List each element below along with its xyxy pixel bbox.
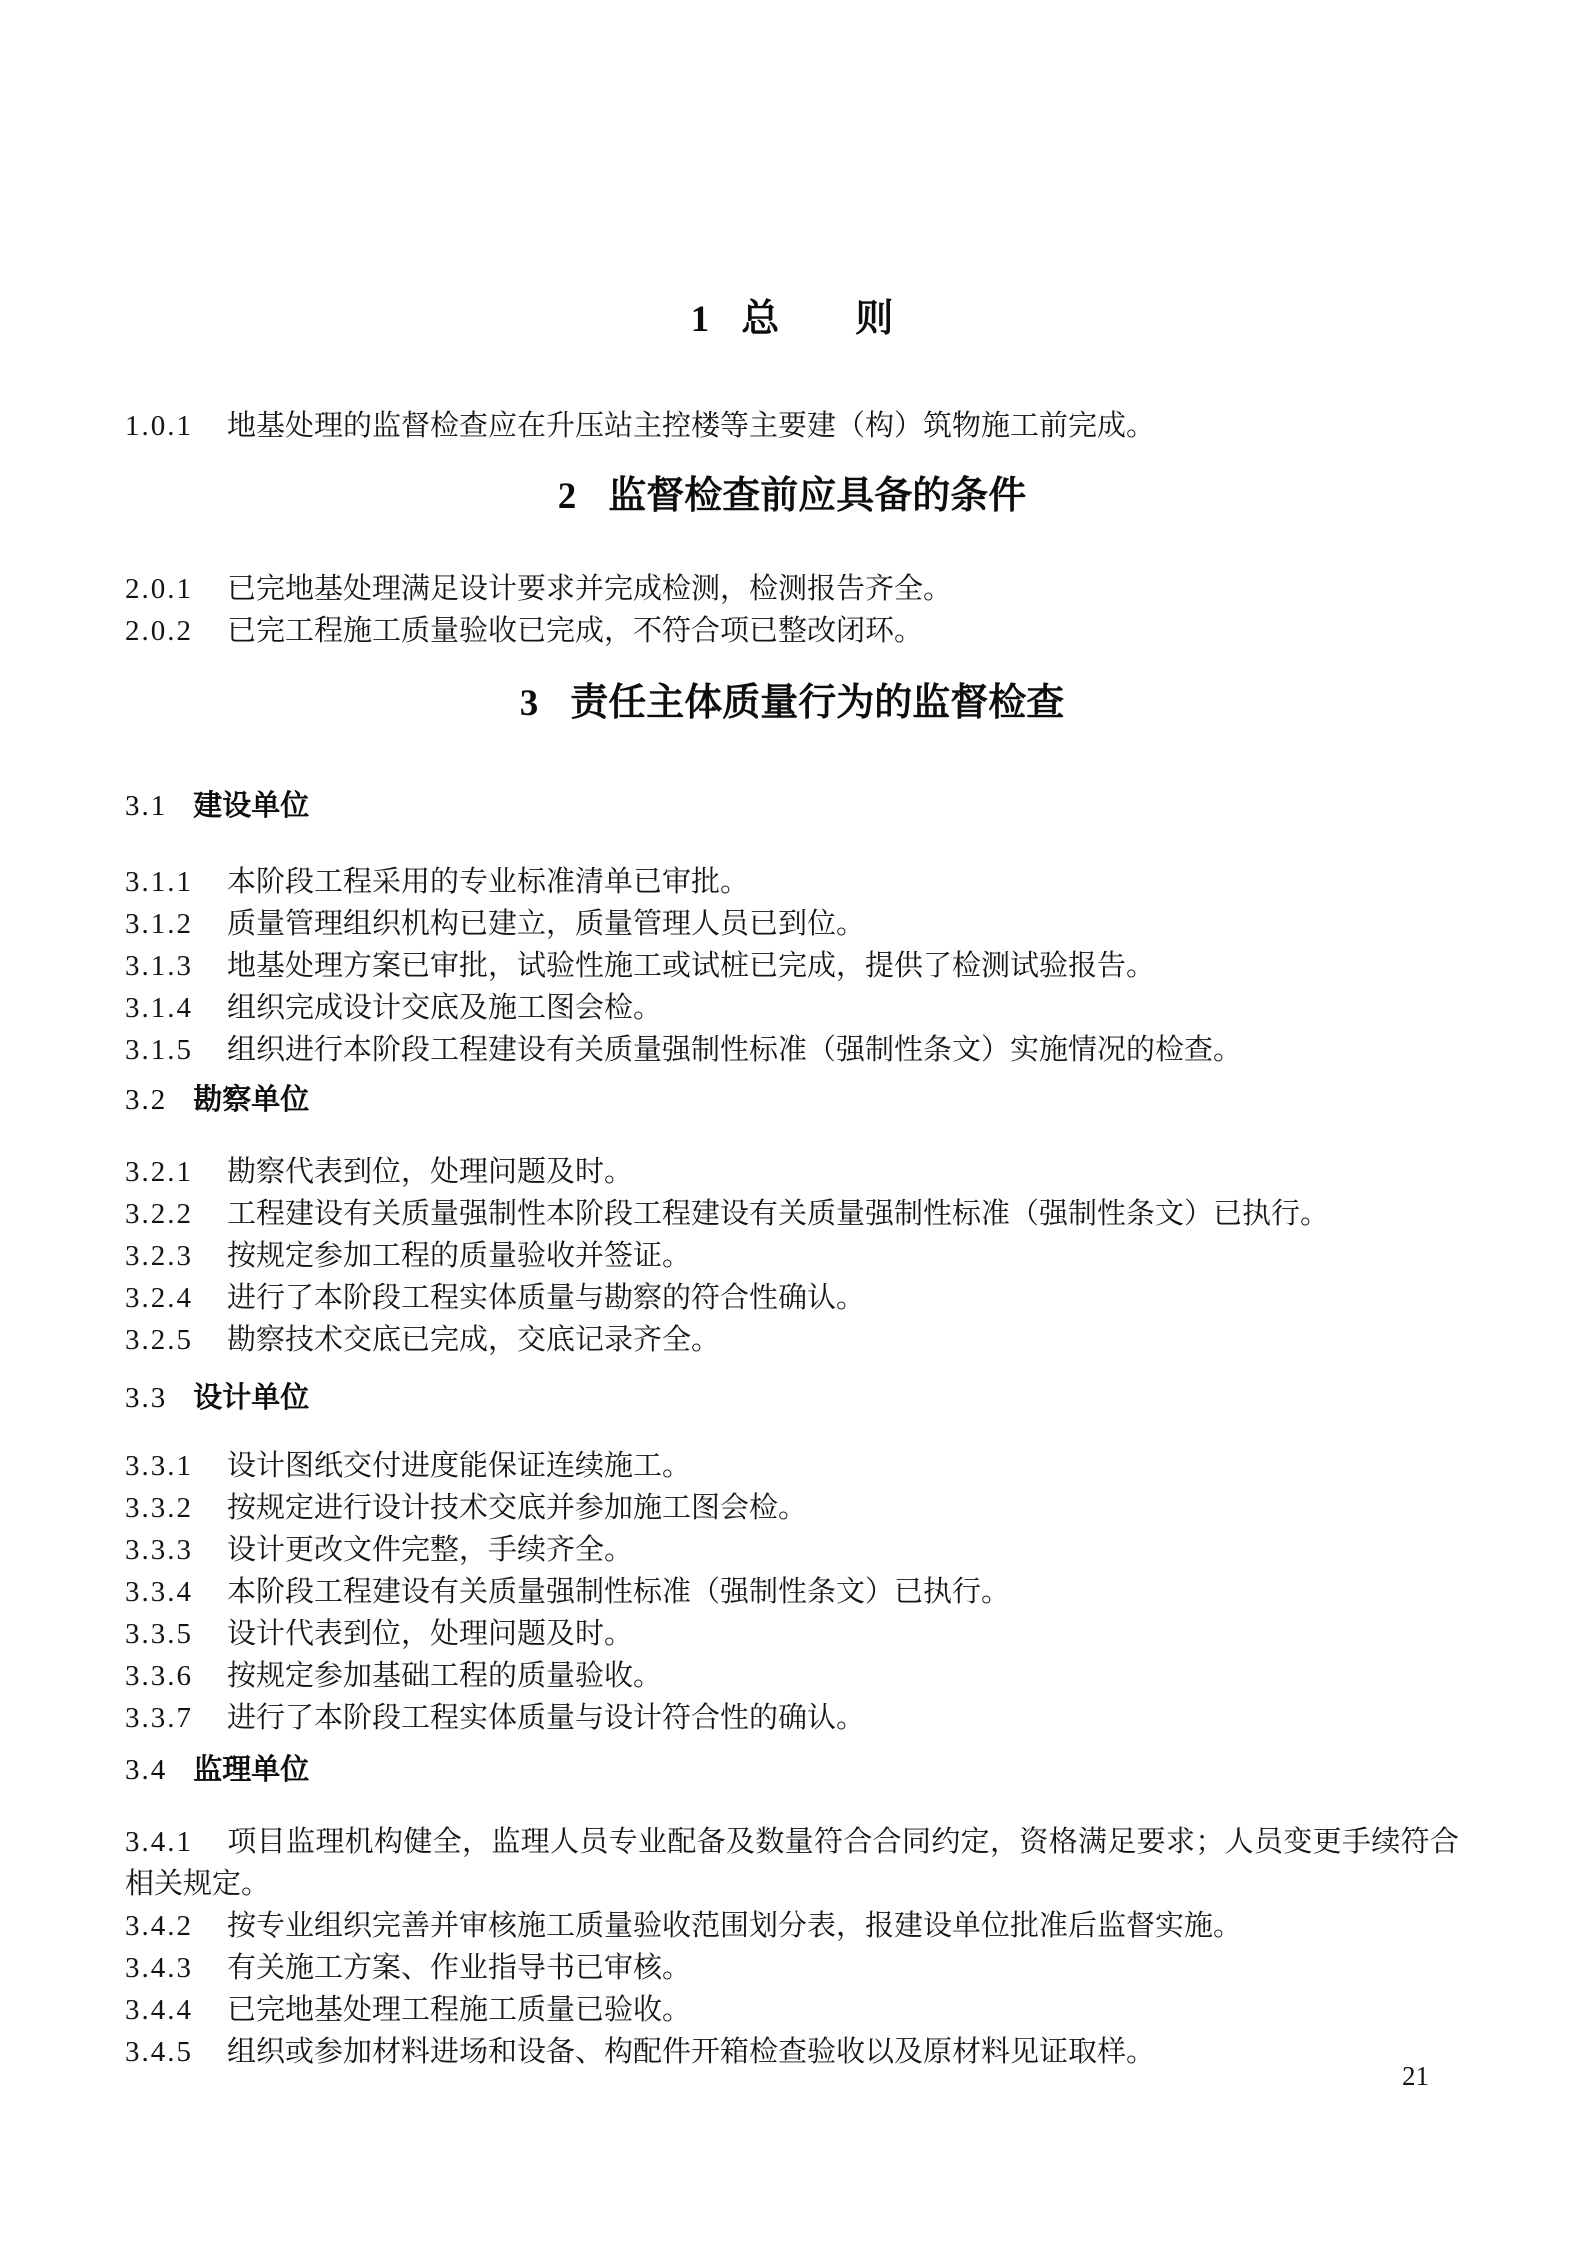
clause-row: 3.3.1设计图纸交付进度能保证连续施工。 [125, 1445, 1459, 1487]
clause-row: 3.2.3按规定参加工程的质量验收并签证。 [125, 1235, 1459, 1277]
section-3-2-heading: 3.2勘察单位 [125, 1085, 1459, 1115]
clause-text: 进行了本阶段工程实体质量与勘察的符合性确认。 [227, 1282, 865, 1314]
clause-number: 3.2.2 [125, 1198, 193, 1230]
clause-number: 3.3.1 [125, 1450, 193, 1482]
clause-row: 3.3.3设计更改文件完整，手续齐全。 [125, 1529, 1459, 1571]
clause-text: 按规定进行设计技术交底并参加施工图会检。 [227, 1492, 807, 1524]
section-3-3-clauses: 3.3.1设计图纸交付进度能保证连续施工。 3.3.2按规定进行设计技术交底并参… [125, 1445, 1459, 1739]
section-title: 监理单位 [193, 1754, 309, 1786]
clause-text: 项目监理机构健全，监理人员专业配备及数量符合合同约定，资格满足要求；人员变更手续… [125, 1826, 1459, 1900]
section-3-3-heading: 3.3设计单位 [125, 1383, 1459, 1413]
clause-number: 3.3.5 [125, 1618, 193, 1650]
document-page: 1总 则 1.0.1地基处理的监督检查应在升压站主控楼等主要建（构）筑物施工前完… [0, 0, 1587, 2245]
clause-text: 按规定参加工程的质量验收并签证。 [227, 1240, 691, 1272]
clause-text: 勘察技术交底已完成，交底记录齐全。 [227, 1324, 720, 1356]
clause-number: 2.0.2 [125, 615, 193, 647]
clause-number: 2.0.1 [125, 573, 193, 605]
clause-row: 2.0.2已完工程施工质量验收已完成，不符合项已整改闭环。 [125, 610, 1459, 652]
chapter-1-heading: 1总 则 [125, 296, 1459, 343]
chapter-1-number: 1 [691, 299, 710, 340]
clause-text: 有关施工方案、作业指导书已审核。 [227, 1952, 691, 1984]
clause-number: 3.2.4 [125, 1282, 193, 1314]
clause-row: 3.3.2按规定进行设计技术交底并参加施工图会检。 [125, 1487, 1459, 1529]
clause-row: 3.1.2质量管理组织机构已建立，质量管理人员已到位。 [125, 903, 1459, 945]
clause-text: 设计代表到位，处理问题及时。 [227, 1618, 633, 1650]
clause-number: 3.1.4 [125, 992, 193, 1024]
clause-text: 按规定参加基础工程的质量验收。 [227, 1660, 662, 1692]
clause-text: 组织进行本阶段工程建设有关质量强制性标准（强制性条文）实施情况的检查。 [227, 1034, 1242, 1066]
section-number: 3.2 [125, 1084, 167, 1116]
clause-text: 已完地基处理满足设计要求并完成检测，检测报告齐全。 [227, 573, 952, 605]
clause-number: 3.1.5 [125, 1034, 193, 1066]
clause-row: 3.4.2按专业组织完善并审核施工质量验收范围划分表，报建设单位批准后监督实施。 [125, 1905, 1459, 1947]
clause-row: 3.3.6按规定参加基础工程的质量验收。 [125, 1655, 1459, 1697]
chapter-3-number: 3 [520, 683, 539, 724]
chapter-2-title: 监督检查前应具备的条件 [608, 475, 1026, 517]
section-number: 3.3 [125, 1382, 167, 1414]
clause-text: 勘察代表到位，处理问题及时。 [227, 1156, 633, 1188]
clause-text: 组织或参加材料进场和设备、构配件开箱检查验收以及原材料见证取样。 [227, 2036, 1155, 2068]
clause-number: 3.4.5 [125, 2036, 193, 2068]
clause-text: 已完地基处理工程施工质量已验收。 [227, 1994, 691, 2026]
clause-text: 本阶段工程建设有关质量强制性标准（强制性条文）已执行。 [227, 1576, 1010, 1608]
clause-number: 3.4.4 [125, 1994, 193, 2026]
chapter-3-heading: 3责任主体质量行为的监督检查 [125, 680, 1459, 727]
clause-number: 3.1.1 [125, 866, 193, 898]
clause-text: 设计图纸交付进度能保证连续施工。 [227, 1450, 691, 1482]
clause-row: 3.2.5勘察技术交底已完成，交底记录齐全。 [125, 1319, 1459, 1361]
clause-number: 3.2.1 [125, 1156, 193, 1188]
clause-text: 本阶段工程采用的专业标准清单已审批。 [227, 866, 749, 898]
clause-number: 3.3.2 [125, 1492, 193, 1524]
clause-text: 质量管理组织机构已建立，质量管理人员已到位。 [227, 908, 865, 940]
clause-row: 3.4.1项目监理机构健全，监理人员专业配备及数量符合合同约定，资格满足要求；人… [125, 1821, 1459, 1905]
section-title: 勘察单位 [193, 1084, 309, 1116]
clause-row: 3.1.4组织完成设计交底及施工图会检。 [125, 987, 1459, 1029]
page-number: 21 [1402, 2060, 1429, 2092]
section-3-1-heading: 3.1建设单位 [125, 791, 1459, 821]
clause-text: 地基处理的监督检查应在升压站主控楼等主要建（构）筑物施工前完成。 [227, 410, 1155, 442]
clause-text: 工程建设有关质量强制性本阶段工程建设有关质量强制性标准（强制性条文）已执行。 [227, 1198, 1329, 1230]
clause-row: 3.4.4已完地基处理工程施工质量已验收。 [125, 1989, 1459, 2031]
clause-row: 3.2.1勘察代表到位，处理问题及时。 [125, 1151, 1459, 1193]
clause-row: 3.1.1本阶段工程采用的专业标准清单已审批。 [125, 861, 1459, 903]
section-3-4-clauses: 3.4.1项目监理机构健全，监理人员专业配备及数量符合合同约定，资格满足要求；人… [125, 1821, 1459, 2073]
clause-number: 3.3.7 [125, 1702, 193, 1734]
clause-row: 3.2.2工程建设有关质量强制性本阶段工程建设有关质量强制性标准（强制性条文）已… [125, 1193, 1459, 1235]
clause-row: 3.1.5组织进行本阶段工程建设有关质量强制性标准（强制性条文）实施情况的检查。 [125, 1029, 1459, 1071]
clause-text: 地基处理方案已审批，试验性施工或试桩已完成，提供了检测试验报告。 [227, 950, 1155, 982]
clause-text: 组织完成设计交底及施工图会检。 [227, 992, 662, 1024]
clause-row: 3.4.5组织或参加材料进场和设备、构配件开箱检查验收以及原材料见证取样。 [125, 2031, 1459, 2073]
chapter-2-heading: 2监督检查前应具备的条件 [125, 473, 1459, 520]
clause-number: 3.2.3 [125, 1240, 193, 1272]
clause-number: 3.3.3 [125, 1534, 193, 1566]
clause-text: 进行了本阶段工程实体质量与设计符合性的确认。 [227, 1702, 865, 1734]
clause-number: 3.1.2 [125, 908, 193, 940]
section-number: 3.1 [125, 790, 167, 822]
clause-row: 3.1.3地基处理方案已审批，试验性施工或试桩已完成，提供了检测试验报告。 [125, 945, 1459, 987]
clause-row: 3.3.7进行了本阶段工程实体质量与设计符合性的确认。 [125, 1697, 1459, 1739]
clause-row: 3.2.4进行了本阶段工程实体质量与勘察的符合性确认。 [125, 1277, 1459, 1319]
clause-row: 3.3.5设计代表到位，处理问题及时。 [125, 1613, 1459, 1655]
clause-number: 3.2.5 [125, 1324, 193, 1356]
clause-row: 1.0.1地基处理的监督检查应在升压站主控楼等主要建（构）筑物施工前完成。 [125, 405, 1459, 447]
section-3-4-heading: 3.4监理单位 [125, 1755, 1459, 1785]
clause-row: 2.0.1已完地基处理满足设计要求并完成检测，检测报告齐全。 [125, 568, 1459, 610]
clause-text: 设计更改文件完整，手续齐全。 [227, 1534, 633, 1566]
clause-number: 3.4.1 [125, 1826, 193, 1858]
chapter-2-clauses: 2.0.1已完地基处理满足设计要求并完成检测，检测报告齐全。 2.0.2已完工程… [125, 568, 1459, 652]
chapter-3-title: 责任主体质量行为的监督检查 [570, 682, 1064, 724]
chapter-1-title: 总 则 [741, 298, 893, 340]
clause-number: 3.3.4 [125, 1576, 193, 1608]
section-number: 3.4 [125, 1754, 167, 1786]
clause-number: 3.1.3 [125, 950, 193, 982]
clause-row: 3.3.4本阶段工程建设有关质量强制性标准（强制性条文）已执行。 [125, 1571, 1459, 1613]
clause-number: 3.4.3 [125, 1952, 193, 1984]
clause-number: 3.4.2 [125, 1910, 193, 1942]
clause-text: 按专业组织完善并审核施工质量验收范围划分表，报建设单位批准后监督实施。 [227, 1910, 1242, 1942]
section-title: 建设单位 [193, 790, 309, 822]
section-3-1-clauses: 3.1.1本阶段工程采用的专业标准清单已审批。 3.1.2质量管理组织机构已建立… [125, 861, 1459, 1071]
clause-number: 3.3.6 [125, 1660, 193, 1692]
chapter-2-number: 2 [558, 476, 577, 517]
clause-number: 1.0.1 [125, 410, 193, 442]
section-3-2-clauses: 3.2.1勘察代表到位，处理问题及时。 3.2.2工程建设有关质量强制性本阶段工… [125, 1151, 1459, 1361]
clause-text: 已完工程施工质量验收已完成，不符合项已整改闭环。 [227, 615, 923, 647]
clause-row: 3.4.3有关施工方案、作业指导书已审核。 [125, 1947, 1459, 1989]
section-title: 设计单位 [193, 1382, 309, 1414]
